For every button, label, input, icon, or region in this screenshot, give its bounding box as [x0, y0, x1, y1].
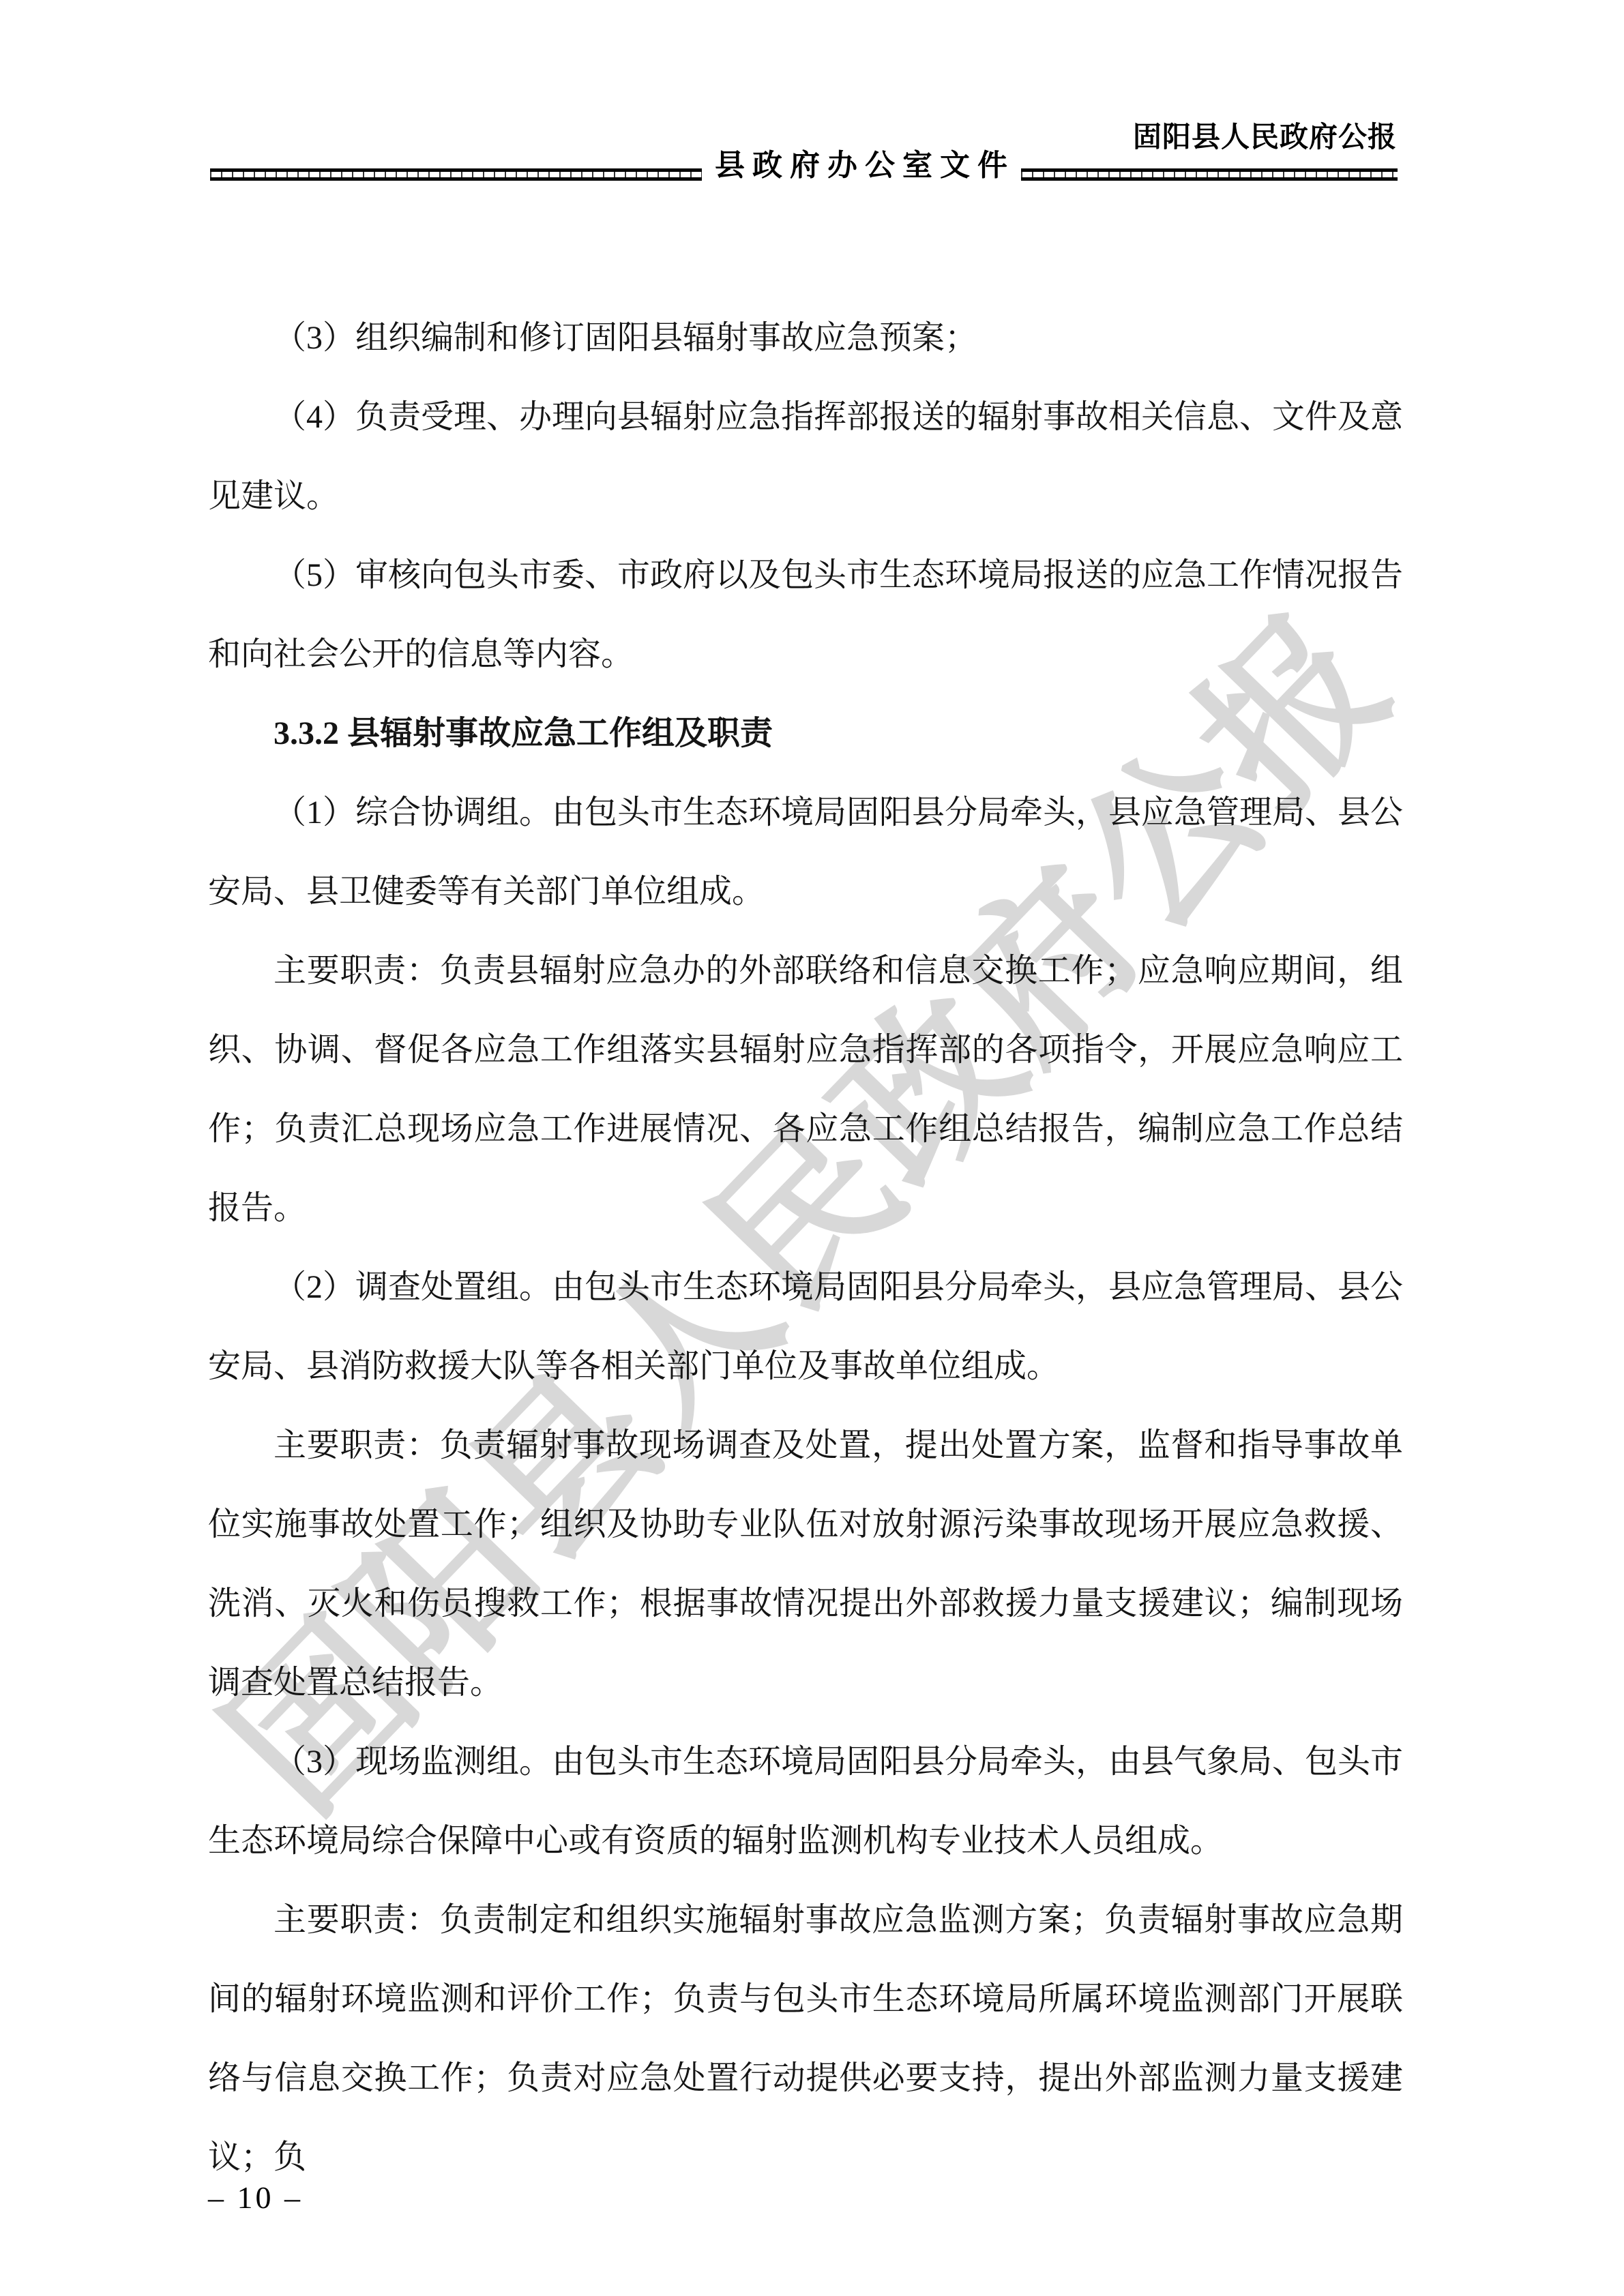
paragraph-group-2-duties: 主要职责：负责辐射事故现场调查及处置，提出处置方案，监督和指导事故单位实施事故处…	[208, 1406, 1403, 1723]
paragraph-group-1-duties: 主要职责：负责县辐射应急办的外部联络和信息交换工作；应急响应期间，组织、协调、督…	[208, 931, 1403, 1248]
document-body: （3）组织编制和修订固阳县辐射事故应急预案； （4）负责受理、办理向县辐射应急指…	[208, 299, 1403, 2197]
paragraph-group-1: （1）综合协调组。由包头市生态环境局固阳县分局牵头，县应急管理局、县公安局、县卫…	[208, 773, 1403, 931]
paragraph-group-3: （3）现场监测组。由包头市生态环境局固阳县分局牵头，由县气象局、包头市生态环境局…	[208, 1723, 1403, 1881]
page-number: – 10 –	[208, 2179, 303, 2216]
paragraph-item-4: （4）负责受理、办理向县辐射应急指挥部报送的辐射事故相关信息、文件及意见建议。	[208, 378, 1403, 536]
section-heading-3-3-2: 3.3.2 县辐射事故应急工作组及职责	[208, 694, 1403, 773]
header-band-title: 县政府办公室文件	[713, 140, 1016, 184]
gazette-header-title: 固阳县人民政府公报	[1023, 115, 1397, 155]
paragraph-item-3: （3）组织编制和修订固阳县辐射事故应急预案；	[208, 299, 1403, 378]
header-rule-right	[1021, 168, 1398, 181]
paragraph-item-5: （5）审核向包头市委、市政府以及包头市生态环境局报送的应急工作情况报告和向社会公…	[208, 536, 1403, 694]
paragraph-group-3-duties: 主要职责：负责制定和组织实施辐射事故应急监测方案；负责辐射事故应急期间的辐射环境…	[208, 1881, 1403, 2197]
paragraph-group-2: （2）调查处置组。由包头市生态环境局固阳县分局牵头，县应急管理局、县公安局、县消…	[208, 1248, 1403, 1406]
header-rule-left	[210, 168, 702, 181]
document-page: 固阳县人民政府公报 固阳县人民政府公报 县政府办公室文件 （3）组织编制和修订固…	[0, 0, 1624, 2296]
